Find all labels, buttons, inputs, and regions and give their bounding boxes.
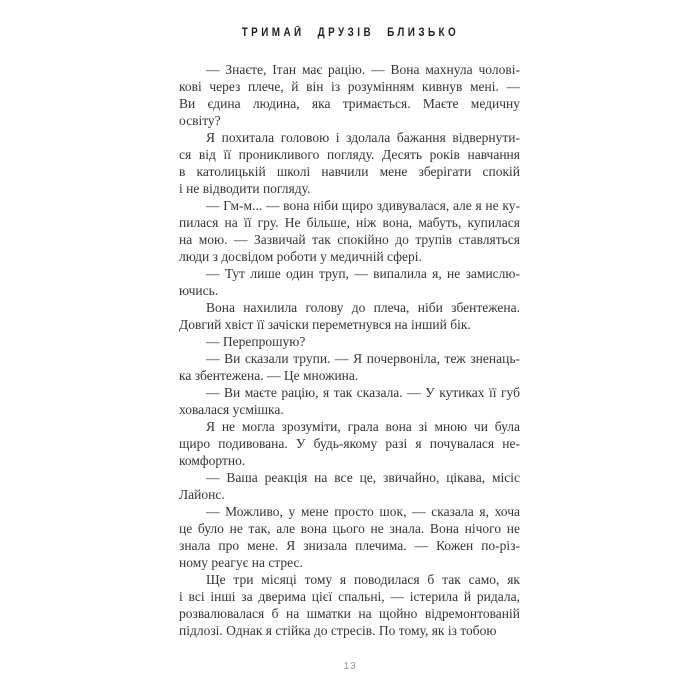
book-page: ТРИМАЙ ДРУЗІВ БЛИЗЬКО — Знаєте, Ітан має… <box>0 0 700 700</box>
text-line: Довгий хвіст її зачіски переметнувся на … <box>179 316 520 333</box>
text-line: підлозі. Однак я стійка до стресів. По т… <box>179 622 520 639</box>
paragraph: — Знаєте, Ітан має рацію. — Вона махнула… <box>179 61 520 129</box>
text-line: комфортно. <box>179 452 520 469</box>
text-line: Я не могла зрозуміти, грала вона зі мною… <box>179 418 520 435</box>
text-line: пилася на її гру. Не більше, ніж вона, м… <box>179 214 520 231</box>
text-line: — Ваша реакція на все це, звичайно, ціка… <box>179 469 520 486</box>
paragraph: — Ви маєте рацію, я так сказала. — У кут… <box>179 384 520 418</box>
paragraph: — Перепрошую? <box>179 333 520 350</box>
text-line: Я похитала головою і здолала бажання від… <box>179 129 520 146</box>
paragraph: Ще три місяці тому я поводилася б так са… <box>179 571 520 639</box>
paragraph: — Ви сказали трупи. — Я почервоніла, теж… <box>179 350 520 384</box>
text-line: ючись. <box>179 282 520 299</box>
paragraph: Вона нахилила голову до плеча, ніби збен… <box>179 299 520 333</box>
text-line: — Ви сказали трупи. — Я почервоніла, теж… <box>179 350 520 367</box>
text-line: — Гм-м... — вона ніби щиро здивувалася, … <box>179 197 520 214</box>
text-line: Ви єдина людина, яка тримається. Маєте м… <box>179 95 520 112</box>
text-line: Лайонс. <box>179 486 520 503</box>
text-line: в католицькій школі навчили мене зберіга… <box>179 163 520 180</box>
text-line: — Ви маєте рацію, я так сказала. — У кут… <box>179 384 520 401</box>
paragraph: — Гм-м... — вона ніби щиро здивувалася, … <box>179 197 520 265</box>
text-line: кові через плече, й він із розумінням ки… <box>179 78 520 95</box>
text-line: ка збентежена. — Це множина. <box>179 367 520 384</box>
text-line: це було не так, але вона цього не знала.… <box>179 520 520 537</box>
body-text-block: — Знаєте, Ітан має рацію. — Вона махнула… <box>179 61 520 639</box>
text-line: на мою. — Зазвичай так спокійно до трупі… <box>179 231 520 248</box>
text-line: ховалася усмішка. <box>179 401 520 418</box>
text-line: і не відводити погляду. <box>179 180 520 197</box>
text-line: люди з досвідом роботи у медичній сфері. <box>179 248 520 265</box>
page-number: 13 <box>0 660 700 672</box>
text-line: — Знаєте, Ітан має рацію. — Вона махнула… <box>179 61 520 78</box>
paragraph: — Можливо, у мене просто шок, — сказала … <box>179 503 520 571</box>
text-line: — Можливо, у мене просто шок, — сказала … <box>179 503 520 520</box>
paragraph: Я похитала головою і здолала бажання від… <box>179 129 520 197</box>
text-line: ся від її проникливого погляду. Десять р… <box>179 146 520 163</box>
text-line: — Перепрошую? <box>179 333 520 350</box>
paragraph: — Ваша реакція на все це, звичайно, ціка… <box>179 469 520 503</box>
text-line: щиро подивована. У будь-якому разі я поч… <box>179 435 520 452</box>
text-line: знала про мене. Я знизала плечима. — Кож… <box>179 537 520 554</box>
text-line: і всі інші за дверима цієї спальні, — іс… <box>179 588 520 605</box>
text-line: освіту? <box>179 112 520 129</box>
running-head-title: ТРИМАЙ ДРУЗІВ БЛИЗЬКО <box>241 27 458 39</box>
text-line: Ще три місяці тому я поводилася б так са… <box>179 571 520 588</box>
text-line: розвалювалася б на шматки на щойно відре… <box>179 605 520 622</box>
text-line: — Тут лише один труп, — випалила я, не з… <box>179 265 520 282</box>
paragraph: Я не могла зрозуміти, грала вона зі мною… <box>179 418 520 469</box>
text-line: Вона нахилила голову до плеча, ніби збен… <box>179 299 520 316</box>
paragraph: — Тут лише один труп, — випалила я, не з… <box>179 265 520 299</box>
running-head: ТРИМАЙ ДРУЗІВ БЛИЗЬКО <box>0 23 700 41</box>
text-line: ному реагує на стрес. <box>179 554 520 571</box>
